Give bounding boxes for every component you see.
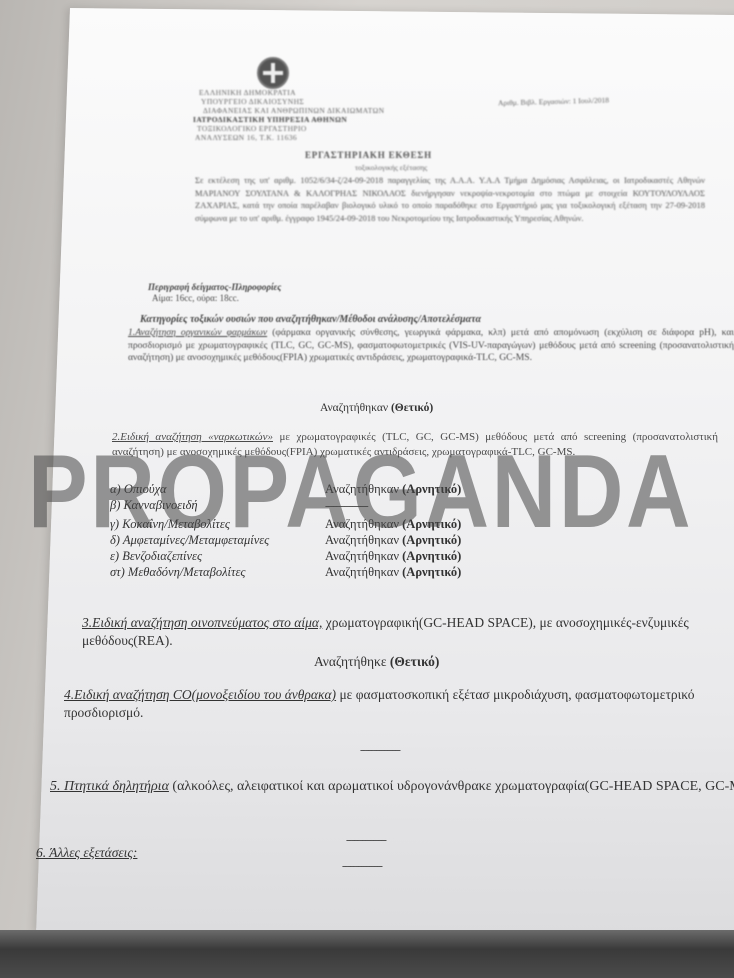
section-6-title: 6. Άλλες εξετάσεις: [36, 845, 137, 860]
letterhead-line: ΔΙΑΦΑΝΕΙΑΣ ΚΑΙ ΑΝΘΡΩΠΙΝΩΝ ΔΙΚΑΙΩΜΑΤΩΝ [203, 106, 384, 115]
letterhead-line: ΕΛΛΗΝΙΚΗ ΔΗΜΟΚΡΑΤΙΑ [199, 88, 384, 97]
section-4-title: 4.Ειδική αναζήτηση CO(μονοξειδίου του άν… [64, 687, 336, 702]
section-1-result: Αναζητήθηκαν (Θετικό) [320, 402, 433, 414]
coat-of-arms-icon [257, 57, 289, 89]
report-subtitle: τοξικολογικής εξέτασης [355, 163, 427, 172]
letterhead-line: ΤΟΞΙΚΟΛΟΓΙΚΟ ΕΡΓΑΣΤΗΡΙΟ [197, 124, 384, 133]
section-6: 6. Άλλες εξετάσεις: [36, 844, 137, 862]
report-intro: Σε εκτέλεση της υπ' αριθμ. 1052/6/34-ζ/2… [195, 174, 705, 224]
section-5-text: (αλκοόλες, αλειφατικοί και αρωματικοί υδ… [169, 779, 734, 794]
watermark: PROPAGANDA [28, 440, 693, 544]
section-3-result: Αναζητήθηκε (Θετικό) [314, 653, 439, 671]
report-title: ΕΡΓΑΣΤΗΡΙΑΚΗ ΕΚΘΕΣΗ [305, 150, 432, 160]
photo-edge-shadow [0, 930, 734, 978]
section-1-title: 1.Αναζήτηση οργανικών φαρμάκων [128, 327, 267, 338]
section-3-title: 3.Ειδική αναζήτηση οινοπνεύματος στο αίμ… [82, 615, 322, 630]
letterhead-line: ΥΠΟΥΡΓΕΙΟ ΔΙΚΑΙΟΣΥΝΗΣ [201, 97, 384, 106]
letterhead-line: ΑΝΑΛΥΣΕΩΝ 16, Τ.Κ. 11636 [195, 133, 384, 142]
letterhead-line: ΙΑΤΡΟΔΙΚΑΣΤΙΚΗ ΥΠΗΡΕΣΙΑ ΑΘΗΝΩΝ [193, 115, 384, 124]
result-value: (Θετικό) [390, 654, 440, 669]
section-3: 3.Ειδική αναζήτηση οινοπνεύματος στο αίμ… [82, 614, 734, 650]
result-label: Αναζητήθηκαν [320, 402, 388, 414]
sample-heading: Περιγραφή δείγματος-Πληροφορίες [148, 282, 281, 292]
section-5: 5. Πτητικά δηλητήρια (αλκοόλες, αλειφατι… [50, 778, 734, 796]
result-label: Αναζητήθηκε [314, 654, 387, 669]
sample-text: Αίμα: 16cc, ούρα: 18cc. [152, 292, 281, 305]
substance-row: στ) Μεθαδόνη/ΜεταβολίτεςΑναζητήθηκαν (Αρ… [110, 565, 461, 580]
section-1: 1.Αναζήτηση οργανικών φαρμάκων (φάρμακα … [128, 327, 734, 365]
letterhead: ΕΛΛΗΝΙΚΗ ΔΗΜΟΚΡΑΤΙΑ ΥΠΟΥΡΓΕΙΟ ΔΙΚΑΙΟΣΥΝΗ… [193, 88, 384, 142]
section-6-result: --------------- [342, 860, 382, 872]
categories-heading: Κατηγορίες τοξικών ουσιών που αναζητήθηκ… [140, 314, 481, 325]
result-value: (Θετικό) [391, 402, 433, 414]
section-5-title: 5. Πτητικά δηλητήρια [50, 779, 169, 794]
section-4: 4.Ειδική αναζήτηση CO(μονοξειδίου του άν… [64, 686, 734, 722]
substance-row: ε) ΒενζοδιαζεπίνεςΑναζητήθηκαν (Αρνητικό… [110, 549, 461, 564]
section-5-result: --------------- [346, 834, 386, 846]
section-4-result: --------------- [360, 744, 400, 756]
